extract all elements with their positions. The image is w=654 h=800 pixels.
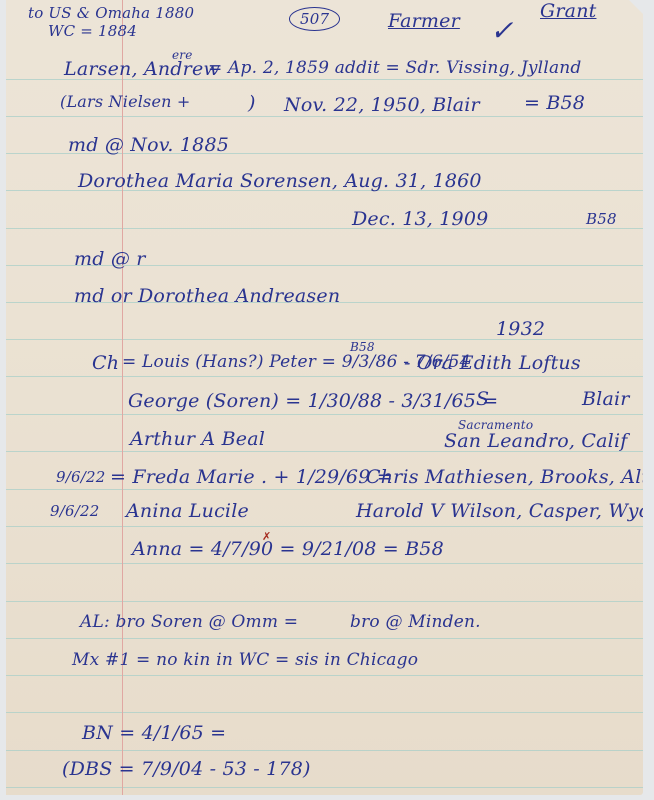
burial-info: = B58 <box>524 92 585 114</box>
children-label: Ch <box>92 352 119 374</box>
rule-line <box>6 414 643 415</box>
township: Grant <box>540 0 596 22</box>
notes-line2: Mx #1 = no kin in WC = sis in Chicago <box>72 650 418 670</box>
bn-date: BN = 4/1/65 = <box>82 722 226 744</box>
birth-info: = Ap. 2, 1859 addit = Sdr. Vissing, Jyll… <box>208 58 582 78</box>
child-row: Arthur A Beal <box>130 428 265 450</box>
rule-line <box>6 376 643 377</box>
child-burial-superscript: B58 <box>350 340 375 354</box>
occupation: Farmer <box>388 10 460 32</box>
child-spouse: Chris Mathiesen, Brooks, Alta <box>366 466 643 488</box>
immigration-note: to US & Omaha 1880 <box>28 4 194 22</box>
margin-line <box>122 0 123 795</box>
subject-name: Larsen, Andrew <box>64 58 220 80</box>
rule-line <box>6 675 643 676</box>
rule-line <box>6 787 643 788</box>
spouse1-death: Dec. 13, 1909 <box>352 208 488 230</box>
lined-paper: to US & Omaha 1880 WC = 1884 507 Farmer … <box>6 0 643 795</box>
rule-line <box>6 339 643 340</box>
child-margin-note: 9/6/22 <box>50 502 99 520</box>
child-extra: S <box>476 388 489 410</box>
name-superscript: ere <box>172 48 193 62</box>
child-margin-note: 9/6/22 <box>56 468 105 486</box>
rule-line <box>6 638 643 639</box>
child-row: George (Soren) = 1/30/88 - 3/31/65 = <box>128 390 498 412</box>
parents-close: ) <box>248 92 256 114</box>
notes-line1-left: AL: bro Soren @ Omm = <box>80 612 298 632</box>
spouse1-info: Dorothea Maria Sorensen, Aug. 31, 1860 <box>78 170 482 192</box>
marriage2-year: 1932 <box>496 318 545 340</box>
red-mark-icon: ✗ <box>262 530 271 543</box>
marriage1-date: md @ Nov. 1885 <box>68 134 229 156</box>
child-row: Anina Lucile <box>126 500 249 522</box>
dbs-reference: (DBS = 7/9/04 - 53 - 178) <box>62 758 311 780</box>
rule-line <box>6 228 643 229</box>
rule-line <box>6 601 643 602</box>
record-number: 507 <box>289 7 340 31</box>
notes-line1-right: bro @ Minden. <box>350 612 481 632</box>
county-arrival-note: WC = 1884 <box>48 22 137 40</box>
spouse2-info: md or Dorothea Andreasen <box>74 285 340 307</box>
rule-line <box>6 750 643 751</box>
child-spouse: - Ora Edith Loftus <box>404 352 581 374</box>
rule-line <box>6 116 643 117</box>
child-spouse: Harold V Wilson, Casper, Wyo <box>356 500 643 522</box>
check-icon: ✓ <box>490 14 514 47</box>
parents-info: (Lars Nielsen + <box>60 92 191 111</box>
marriage2-date: md @ r <box>74 248 146 270</box>
death-info: Nov. 22, 1950, Blair <box>284 94 480 116</box>
rule-line <box>6 712 643 713</box>
rule-line <box>6 563 643 564</box>
child-row: = Freda Marie . + 1/29/69 = <box>110 466 393 488</box>
rule-line <box>6 526 643 527</box>
spouse1-burial: B58 <box>586 210 617 228</box>
child-place: San Leandro, Calif <box>444 430 627 452</box>
child-place: Blair <box>582 388 630 410</box>
rule-line <box>6 489 643 490</box>
child-row: Anna = 4/7/90 = 9/21/08 = B58 <box>132 538 444 560</box>
